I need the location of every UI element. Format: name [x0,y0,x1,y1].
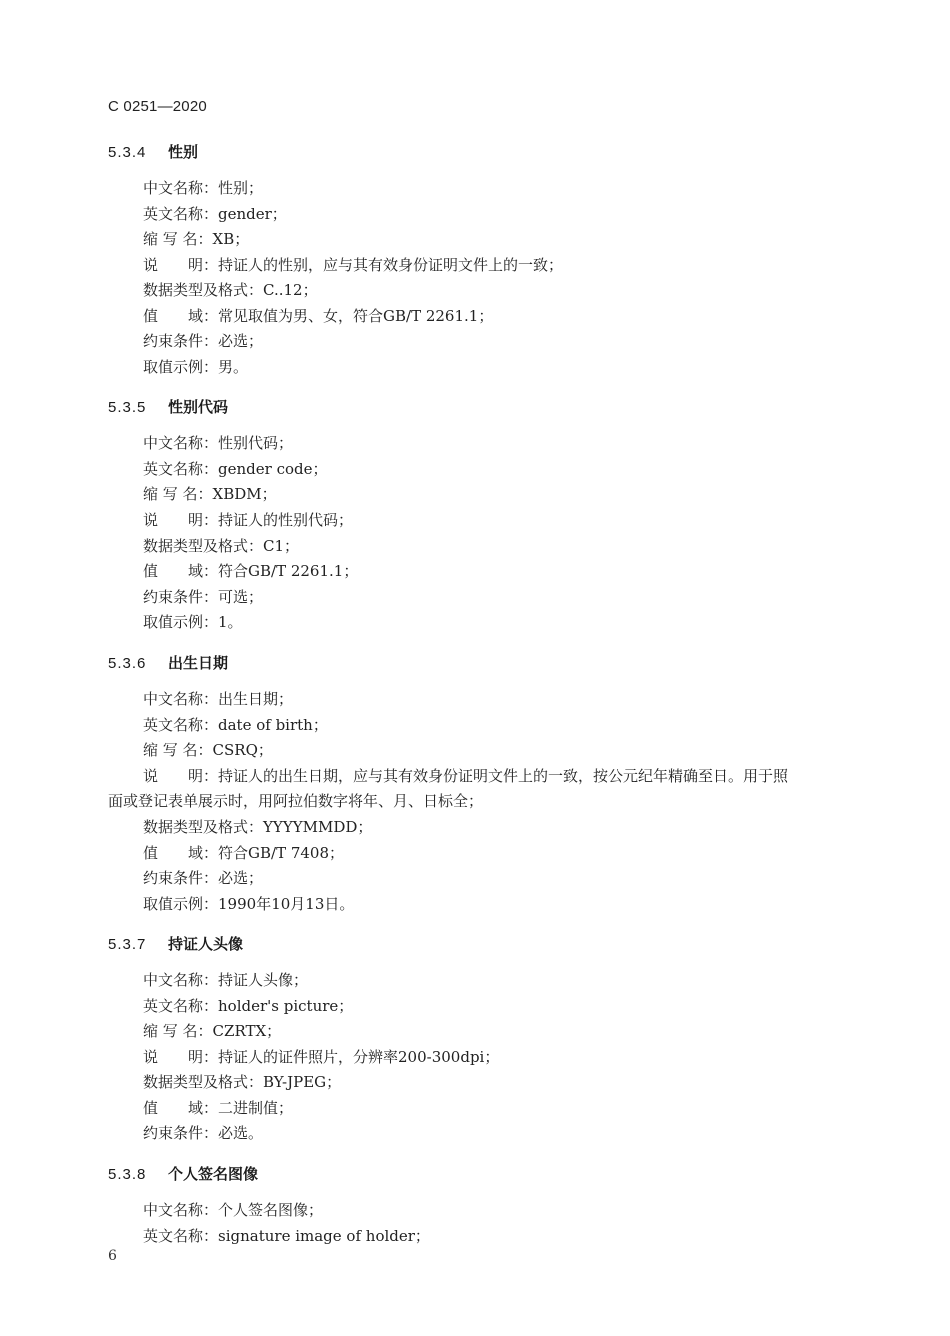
field-data-type: 数据类型及格式：BY-JPEG； [143,1072,341,1092]
field-example: 取值示例：1990年10月13日。 [143,894,354,914]
field-label: 缩 写 名： [143,1021,213,1041]
field-chinese-name: 中文名称：持证人头像； [143,970,308,990]
field-value: 二进制值； [218,1099,293,1117]
field-abbreviation: 缩 写 名：CSRQ； [143,740,273,760]
field-label: 数据类型及格式： [143,536,263,556]
field-value: CSRQ； [213,741,273,759]
field-value: C1； [263,537,299,555]
field-label: 约束条件： [143,331,218,351]
field-value: holder's picture； [218,997,353,1015]
field-label: 中文名称： [143,970,218,990]
field-value: 持证人的出生日期，应与其有效身份证明文件上的一致，按公元纪年精确至日。用于照 [218,767,788,785]
section-number: 5.3.5 [108,399,168,416]
field-value: gender code； [218,460,327,478]
field-value: 出生日期； [218,690,293,708]
section-title: 性别代码 [168,398,228,416]
field-data-type: 数据类型及格式：YYYYMMDD； [143,817,372,837]
field-value: CZRTX； [213,1022,282,1040]
section-heading-5-3-7: 5.3.7持证人头像 [108,933,243,954]
field-value-domain: 值 域：符合GB/T 7408； [143,843,344,863]
field-label: 值 域： [143,561,218,581]
field-label: 中文名称： [143,1200,218,1220]
field-constraint: 约束条件：必选； [143,868,263,888]
page-number: 6 [108,1248,117,1264]
field-label: 数据类型及格式： [143,280,263,300]
section-heading-5-3-6: 5.3.6出生日期 [108,652,228,673]
field-label: 缩 写 名： [143,484,213,504]
field-value: 性别代码； [218,434,293,452]
field-description: 说 明：持证人的性别代码； [143,510,353,530]
field-label: 值 域： [143,1098,218,1118]
field-abbreviation: 缩 写 名：CZRTX； [143,1021,281,1041]
field-value: signature image of holder； [218,1227,430,1245]
field-label: 中文名称： [143,433,218,453]
field-label: 说 明： [143,766,218,786]
field-value: 必选； [218,332,263,350]
field-value: 持证人的性别代码； [218,511,353,529]
field-label: 约束条件： [143,1123,218,1143]
field-description: 说 明：持证人的证件照片，分辨率200-300dpi； [143,1047,499,1067]
field-value: 男。 [218,358,248,376]
field-example: 取值示例：1。 [143,612,243,632]
section-number: 5.3.7 [108,936,168,953]
document-page: C 0251—2020 5.3.4性别 中文名称：性别； 英文名称：gender… [0,0,950,1336]
field-value: 性别； [218,179,263,197]
field-english-name: 英文名称：signature image of holder； [143,1226,430,1246]
field-abbreviation: 缩 写 名：XBDM； [143,484,277,504]
field-label: 英文名称： [143,715,218,735]
section-number: 5.3.4 [108,144,168,161]
field-label: 约束条件： [143,868,218,888]
field-value: 符合GB/T 2261.1； [218,562,358,580]
field-description-continuation: 面或登记表单展示时，用阿拉伯数字将年、月、日标全； [108,791,483,811]
section-number: 5.3.8 [108,1166,168,1183]
field-value: 持证人的性别，应与其有效身份证明文件上的一致； [218,256,563,274]
field-value: 符合GB/T 7408； [218,844,344,862]
field-label: 值 域： [143,843,218,863]
field-label: 英文名称： [143,459,218,479]
field-value-domain: 值 域：二进制值； [143,1098,293,1118]
section-title: 个人签名图像 [168,1165,258,1183]
field-chinese-name: 中文名称：性别； [143,178,263,198]
field-constraint: 约束条件：必选。 [143,1123,263,1143]
field-value: YYYYMMDD； [263,818,372,836]
field-description: 说 明：持证人的出生日期，应与其有效身份证明文件上的一致，按公元纪年精确至日。用… [143,766,788,786]
field-label: 数据类型及格式： [143,817,263,837]
field-label: 取值示例： [143,894,218,914]
field-constraint: 约束条件：必选； [143,331,263,351]
field-value: BY-JPEG； [263,1073,341,1091]
field-data-type: 数据类型及格式：C..12； [143,280,318,300]
field-description: 说 明：持证人的性别，应与其有效身份证明文件上的一致； [143,255,563,275]
section-number: 5.3.6 [108,655,168,672]
field-value: 必选。 [218,1124,263,1142]
standard-code-header: C 0251—2020 [108,98,207,115]
section-title: 持证人头像 [168,935,243,953]
field-label: 缩 写 名： [143,229,213,249]
field-value: date of birth； [218,716,328,734]
field-label: 说 明： [143,510,218,530]
field-label: 缩 写 名： [143,740,213,760]
field-value: C..12； [263,281,318,299]
field-value: 面或登记表单展示时，用阿拉伯数字将年、月、日标全； [108,792,483,810]
section-title: 出生日期 [168,654,228,672]
field-constraint: 约束条件：可选； [143,587,263,607]
field-value: 1。 [218,613,243,631]
field-label: 约束条件： [143,587,218,607]
field-english-name: 英文名称：gender code； [143,459,327,479]
field-abbreviation: 缩 写 名：XB； [143,229,249,249]
field-label: 说 明： [143,255,218,275]
field-value: 必选； [218,869,263,887]
field-example: 取值示例：男。 [143,357,248,377]
field-value: 个人签名图像； [218,1201,323,1219]
section-heading-5-3-4: 5.3.4性别 [108,141,198,162]
field-label: 英文名称： [143,996,218,1016]
field-value: 1990年10月13日。 [218,895,354,913]
field-english-name: 英文名称：holder's picture； [143,996,353,1016]
field-chinese-name: 中文名称：性别代码； [143,433,293,453]
field-value: 可选； [218,588,263,606]
field-label: 取值示例： [143,357,218,377]
field-english-name: 英文名称：date of birth； [143,715,328,735]
field-label: 说 明： [143,1047,218,1067]
section-heading-5-3-5: 5.3.5性别代码 [108,396,228,417]
field-label: 取值示例： [143,612,218,632]
field-chinese-name: 中文名称：出生日期； [143,689,293,709]
field-value: 持证人头像； [218,971,308,989]
field-value: 持证人的证件照片，分辨率200-300dpi； [218,1048,499,1066]
field-label: 数据类型及格式： [143,1072,263,1092]
field-value-domain: 值 域：常见取值为男、女，符合GB/T 2261.1； [143,306,493,326]
field-label: 中文名称： [143,178,218,198]
field-value: XBDM； [213,485,277,503]
field-value: gender； [218,205,287,223]
field-label: 英文名称： [143,204,218,224]
field-data-type: 数据类型及格式：C1； [143,536,299,556]
field-value: XB； [213,230,250,248]
field-english-name: 英文名称：gender； [143,204,287,224]
field-value-domain: 值 域：符合GB/T 2261.1； [143,561,358,581]
field-value: 常见取值为男、女，符合GB/T 2261.1； [218,307,493,325]
section-heading-5-3-8: 5.3.8个人签名图像 [108,1163,258,1184]
field-label: 中文名称： [143,689,218,709]
field-label: 值 域： [143,306,218,326]
section-title: 性别 [168,143,198,161]
field-label: 英文名称： [143,1226,218,1246]
field-chinese-name: 中文名称：个人签名图像； [143,1200,323,1220]
